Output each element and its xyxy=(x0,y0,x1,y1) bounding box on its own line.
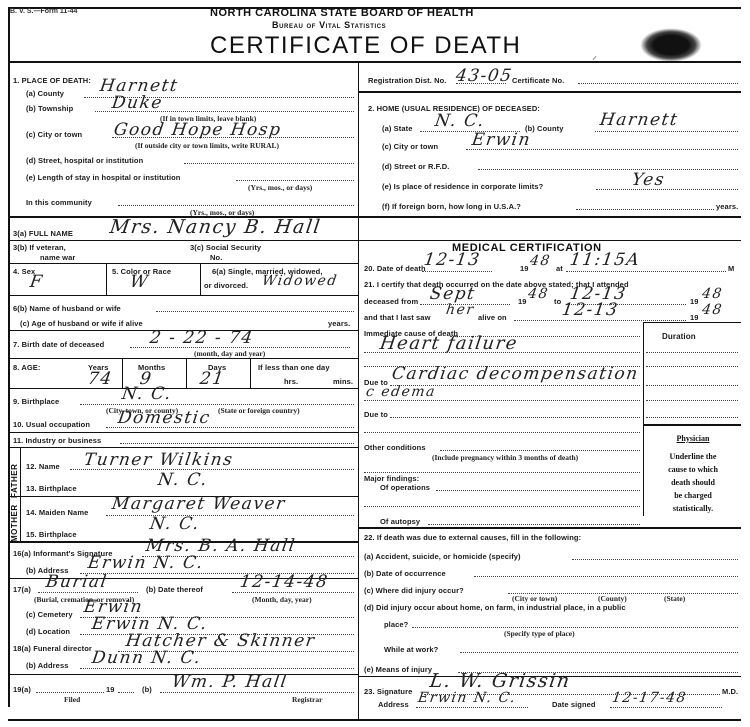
major-findings-label: Major findings: xyxy=(364,474,419,483)
community-line xyxy=(118,205,354,206)
filed-label: 19(a) xyxy=(13,685,31,694)
board-title: NORTH CAROLINA STATE BOARD OF HEALTH xyxy=(210,7,474,19)
time-suffix: M xyxy=(728,264,734,273)
sig-address-line xyxy=(416,707,528,708)
due-to-2-line-2 xyxy=(364,432,640,433)
center-divider xyxy=(358,62,359,720)
date-signed-value[interactable]: 12-17-48 xyxy=(611,690,688,706)
where-note-state: (State) xyxy=(664,594,685,603)
date-of-death-value[interactable]: 12-13 xyxy=(423,250,482,270)
time-value[interactable]: 11:15A xyxy=(569,250,642,270)
filed-line xyxy=(36,692,104,693)
operations-label: Of operations xyxy=(380,483,430,492)
home-street-label: (d) Street or R.F.D. xyxy=(382,162,449,171)
spouse-age-unit: years. xyxy=(328,319,350,328)
father-birthplace-value[interactable]: N. C. xyxy=(157,470,210,490)
registrar-note: Registrar xyxy=(292,695,322,704)
marital-label-2: or divorced. xyxy=(204,281,248,290)
registration-dist-value[interactable]: 43-05 xyxy=(455,66,514,86)
duration-top xyxy=(643,322,741,323)
to-label: to xyxy=(554,297,561,306)
duration-divider xyxy=(643,322,644,516)
from-year-value[interactable]: 48 xyxy=(527,286,550,302)
cemetery-label: (c) Cemetery xyxy=(26,610,73,619)
birth-date-value[interactable]: 2 - 22 - 74 xyxy=(149,328,255,348)
city-label: (c) City or town xyxy=(26,130,82,139)
dod-year-value[interactable]: 48 xyxy=(529,253,552,269)
burial-date-label: (b) Date thereof xyxy=(146,585,203,594)
mark-glyph: ⸝ xyxy=(592,48,597,62)
spouse-line xyxy=(156,311,354,312)
mother-birthplace-value[interactable]: N. C. xyxy=(149,514,202,534)
attended-from-label: deceased from xyxy=(364,297,418,306)
where-note-county: (County) xyxy=(598,594,627,603)
form-number: B. V. S.—Form 11-44 xyxy=(10,8,77,15)
veteran-label-2: name war xyxy=(40,253,75,262)
duration-line-1 xyxy=(646,352,738,353)
physician-note-4: be charged xyxy=(645,489,741,502)
mother-birthplace-label: 15. Birthplace xyxy=(26,530,77,539)
race-value[interactable]: W xyxy=(129,272,151,292)
filed-year-line xyxy=(118,692,134,693)
registration-dist-label: Registration Dist. No. xyxy=(368,76,446,85)
birthplace-line xyxy=(80,404,354,405)
industry-label: 11. Industry or business xyxy=(13,436,101,445)
race-marital-divider xyxy=(200,263,201,295)
other-conditions-label: Other conditions xyxy=(364,443,426,452)
to-year-prefix: 19 xyxy=(690,297,699,306)
physician-box-top xyxy=(644,424,741,426)
township-value[interactable]: Duke xyxy=(111,93,165,113)
external-causes-heading: 22. If death was due to external causes,… xyxy=(364,533,581,542)
other-conditions-note: (Include pregnancy within 3 months of de… xyxy=(432,453,578,462)
street-label: (d) Street, hospital or institution xyxy=(26,156,143,165)
physician-heading: Physician xyxy=(645,432,741,445)
autopsy-line xyxy=(428,524,640,525)
alive-on-line xyxy=(514,320,686,321)
stay-note: (Yrs., mos., or days) xyxy=(248,183,312,192)
alive-year-prefix: 19 xyxy=(690,313,699,322)
registrar-label: (b) xyxy=(142,685,152,694)
informant-addr-value[interactable]: Erwin N. C. xyxy=(87,553,206,573)
due-to-value[interactable]: Cardiac decompensation xyxy=(391,364,640,384)
occupation-value[interactable]: Domestic xyxy=(117,408,212,428)
age-divider-3 xyxy=(250,358,251,388)
occupation-divider xyxy=(8,432,358,433)
physician-note-5: statistically. xyxy=(645,502,741,515)
occurrence-date-line xyxy=(474,576,738,577)
registrar-value[interactable]: Wm. P. Hall xyxy=(171,672,289,692)
age-mins-label: mins. xyxy=(333,377,353,386)
burial-date-note: (Month, day, year) xyxy=(252,595,312,604)
street-line xyxy=(184,163,354,164)
accident-label: (a) Accident, suicide, or homicide (spec… xyxy=(364,552,521,561)
signature-value[interactable]: L. W. Grissin xyxy=(428,670,572,692)
mother-name-label: 14. Maiden Name xyxy=(26,508,88,517)
city-value[interactable]: Good Hope Hosp xyxy=(113,120,283,140)
foreign-born-line xyxy=(576,209,714,210)
funeral-addr-label: (b) Address xyxy=(26,661,69,670)
name-divider-bottom xyxy=(8,240,741,241)
bottom-border xyxy=(8,719,741,721)
industry-line xyxy=(120,443,354,444)
spouse-age-label: (c) Age of husband or wife if alive xyxy=(20,319,143,328)
alive-on-label: alive on xyxy=(478,313,507,322)
place-line xyxy=(412,627,738,628)
age-label: 8. AGE: xyxy=(13,363,41,372)
mother-name-value[interactable]: Margaret Weaver xyxy=(111,494,287,514)
age-hrs-label: hrs. xyxy=(284,377,298,386)
at-label: at xyxy=(556,264,563,273)
parents-side-divider xyxy=(20,447,21,541)
spouse-label: 6(b) Name of husband or wife xyxy=(13,304,121,313)
due-to-line-2 xyxy=(364,400,640,401)
duration-line-5 xyxy=(646,417,738,418)
accident-line xyxy=(572,559,738,560)
funeral-director-label: 18(a) Funeral director xyxy=(13,644,92,653)
sex-divider xyxy=(8,295,358,296)
signature-label: 23. Signature xyxy=(364,687,412,696)
filed-year-prefix: 19 xyxy=(106,685,115,694)
date-signed-line xyxy=(610,707,722,708)
township-label: (b) Township xyxy=(26,104,73,113)
home-state-label: (a) State xyxy=(382,124,413,133)
industry-divider xyxy=(8,447,358,448)
physician-note-2: cause to which xyxy=(645,463,741,476)
operations-line xyxy=(436,490,640,491)
burial-value[interactable]: Burial xyxy=(45,572,109,592)
where-note-city: (City or town) xyxy=(512,594,557,603)
physician-note-1: Underline the xyxy=(645,450,741,463)
sig-address-value[interactable]: Erwin N. C. xyxy=(417,690,518,706)
ssn-label-2: No. xyxy=(210,253,222,262)
place-of-death-heading: 1. PLACE OF DEATH: xyxy=(13,76,91,85)
signature-suffix: M.D. xyxy=(722,687,738,696)
autopsy-label: Of autopsy xyxy=(380,517,420,526)
certificate-title: CERTIFICATE OF DEATH xyxy=(210,32,521,60)
birthplace-value[interactable]: N. C. xyxy=(121,384,174,404)
certificate-no-label: Certificate No. xyxy=(512,76,564,85)
bureau-title: Bureau of Vital Statistics xyxy=(272,20,386,30)
registrar-line xyxy=(160,692,354,693)
home-county-value[interactable]: Harnett xyxy=(599,110,680,130)
attended-from-value[interactable]: Sept xyxy=(429,284,477,304)
medical-bottom-divider xyxy=(359,527,741,529)
funeral-addr-line xyxy=(80,668,354,669)
full-name-value[interactable]: Mrs. Nancy B. Hall xyxy=(108,216,322,238)
foreign-born-unit: years. xyxy=(716,202,738,211)
corporate-limits-line xyxy=(596,189,738,190)
corporate-limits-value[interactable]: Yes xyxy=(631,170,667,190)
header-divider xyxy=(8,61,741,63)
death-certificate: B. V. S.—Form 11-44 NORTH CAROLINA STATE… xyxy=(0,0,750,727)
home-street-line xyxy=(478,169,738,170)
birthplace-label: 9. Birthplace xyxy=(13,397,59,406)
full-name-label: 3(a) FULL NAME xyxy=(13,229,73,238)
duration-line-4 xyxy=(646,400,738,401)
birth-date-note: (month, day and year) xyxy=(194,349,265,358)
home-county-line xyxy=(595,131,738,132)
burial-line xyxy=(38,592,138,593)
mother-side-label: MOTHER xyxy=(10,498,19,542)
home-city-value[interactable]: Erwin xyxy=(471,130,533,150)
duration-line-2 xyxy=(646,366,738,367)
father-name-value[interactable]: Turner Wilkins xyxy=(83,450,235,470)
occupation-label: 10. Usual occupation xyxy=(13,420,90,429)
location-label: (d) Location xyxy=(26,627,70,636)
injury-place-label: (d) Did injury occur about home, on farm… xyxy=(364,603,626,612)
place-note: (Specify type of place) xyxy=(504,629,575,638)
state-seal-icon xyxy=(640,28,702,62)
stay-label: (e) Length of stay in hospital or instit… xyxy=(26,173,181,182)
means-of-injury-label: (e) Means of injury xyxy=(364,665,432,674)
father-side-label: FATHER xyxy=(10,452,19,498)
stay-line xyxy=(236,180,354,181)
from-year-prefix: 19 xyxy=(518,297,527,306)
marital-value[interactable]: Widowed xyxy=(261,273,339,289)
occurrence-date-label: (b) Date of occurrence xyxy=(364,569,446,578)
father-birthplace-label: 13. Birthplace xyxy=(26,484,77,493)
due-to-2-label: Due to xyxy=(364,410,388,419)
county-label: (a) County xyxy=(26,89,64,98)
due-to-2-line xyxy=(390,417,640,418)
certificate-no-line xyxy=(578,83,738,84)
left-border xyxy=(8,7,10,707)
birthplace-note-2: (State or foreign country) xyxy=(218,406,300,415)
due-to-value-2[interactable]: c edema xyxy=(365,384,437,400)
filed-note: Filed xyxy=(64,695,80,704)
duration-label: Duration xyxy=(662,332,696,341)
city-note: (If outside city or town limits, write R… xyxy=(135,141,279,150)
time-line xyxy=(566,271,726,272)
date-signed-label: Date signed xyxy=(552,700,596,709)
veteran-label: 3(b) If veteran, xyxy=(13,243,66,252)
father-name-label: 12. Name xyxy=(26,462,60,471)
place-label: place? xyxy=(384,620,408,629)
alive-on-value[interactable]: 12-13 xyxy=(561,300,620,320)
alive-year-value[interactable]: 48 xyxy=(701,302,724,318)
major-findings-top-line xyxy=(364,472,640,473)
physician-note-3: death should xyxy=(645,476,741,489)
foreign-born-label: (f) If foreign born, how long in U.S.A.? xyxy=(382,202,521,211)
burial-label: 17(a) xyxy=(13,585,31,594)
sex-value[interactable]: F xyxy=(29,272,45,292)
immediate-cause-value[interactable]: Heart failure xyxy=(379,333,520,354)
age-days-value[interactable]: 21 xyxy=(199,369,226,389)
home-city-label: (c) City or town xyxy=(382,142,438,151)
operations-line-2 xyxy=(364,506,640,507)
home-state-value[interactable]: N. C. xyxy=(434,111,487,131)
burial-date-value[interactable]: 12-14-48 xyxy=(239,572,330,592)
at-work-line xyxy=(460,652,738,653)
sex-race-divider xyxy=(106,263,107,295)
burial-date-line xyxy=(232,592,354,593)
age-divider-2 xyxy=(186,358,187,388)
date-of-death-line xyxy=(422,271,492,272)
age-divider xyxy=(8,388,358,389)
age-years-value[interactable]: 74 xyxy=(87,369,114,389)
birth-divider xyxy=(8,358,358,359)
last-saw-pronoun[interactable]: her xyxy=(445,302,476,318)
veteran-divider xyxy=(8,263,358,264)
other-conditions-line xyxy=(440,450,640,451)
age-less-day-label: If less than one day xyxy=(258,363,330,372)
injury-where-label: (c) Where did injury occur? xyxy=(364,586,464,595)
last-saw-label: and that I last saw xyxy=(364,313,431,322)
duration-line-3 xyxy=(646,385,738,386)
corporate-limits-label: (e) Is place of residence in corporate l… xyxy=(382,182,543,191)
at-work-label: While at work? xyxy=(384,645,438,654)
funeral-addr-value[interactable]: Dunn N. C. xyxy=(91,648,203,668)
sig-address-label: Address xyxy=(378,700,409,709)
dod-year-prefix: 19 xyxy=(520,264,529,273)
birth-date-label: 7. Birth date of deceased xyxy=(13,340,104,349)
to-year-value[interactable]: 48 xyxy=(701,286,724,302)
ssn-label: 3(c) Social Security xyxy=(190,243,261,252)
date-of-death-label: 20. Date of death xyxy=(364,264,426,273)
community-label: In this community xyxy=(26,198,92,207)
mother-name-line xyxy=(106,515,354,516)
registration-divider xyxy=(359,91,741,93)
